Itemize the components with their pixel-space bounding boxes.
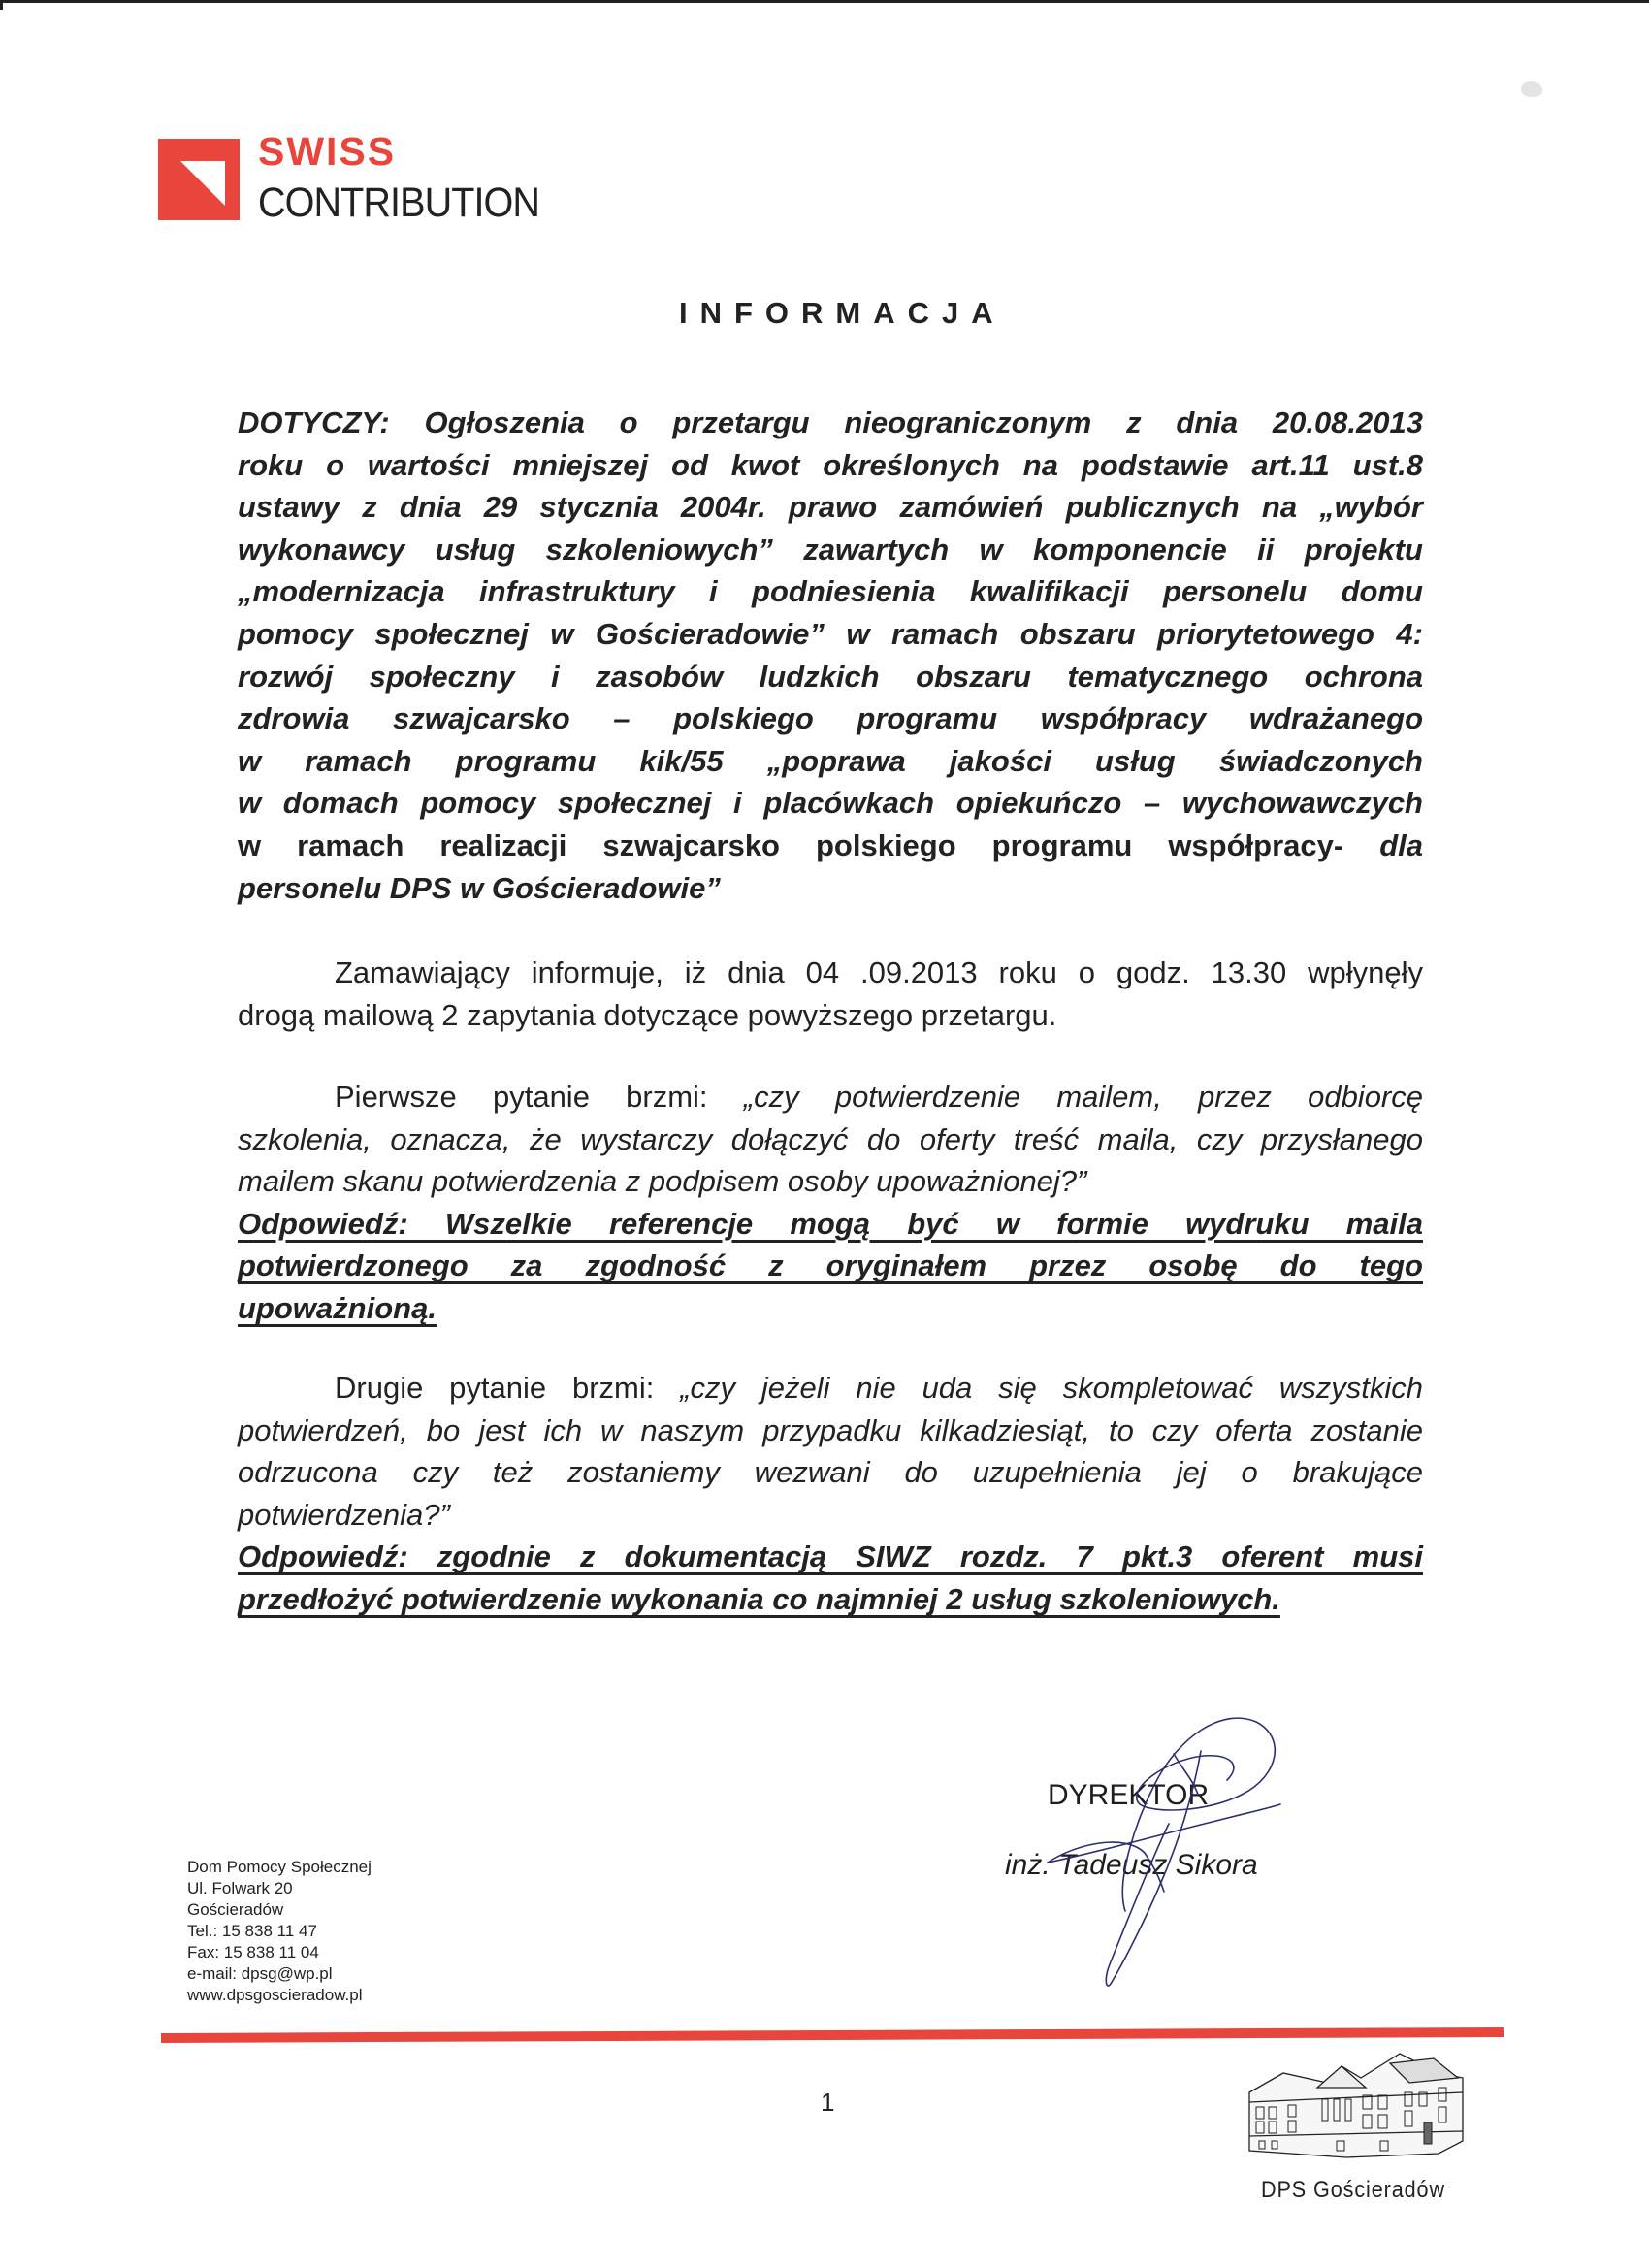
subject-line: wykonawcy usług szkoleniowych” zawartych…	[238, 529, 1423, 571]
footer-divider	[161, 2027, 1503, 2043]
question-quote: „czy potwierdzenie mailem, przez odbiorc…	[744, 1080, 1423, 1114]
info-line: Zamawiający informuje, iż dnia 04 .09.20…	[238, 952, 1423, 994]
subject-paragraph: DOTYCZY: Ogłoszenia o przetargu nieogran…	[238, 402, 1423, 909]
question-line: odrzucona czy też zostaniemy wezwani do …	[238, 1451, 1423, 1494]
address-line: Ul. Folwark 20	[187, 1878, 372, 1899]
address-line: Gościeradów	[187, 1899, 372, 1921]
subject-upright-text: w ramach realizacji szwajcarsko polskieg…	[238, 828, 1343, 862]
subject-line: ustawy z dnia 29 stycznia 2004r. prawo z…	[238, 486, 1423, 529]
answer-line: Odpowiedź: zgodnie z dokumentacją SIWZ r…	[238, 1536, 1423, 1578]
question-line: potwierdzenia?”	[238, 1494, 1423, 1537]
address-line: Dom Pomocy Społecznej	[187, 1857, 372, 1878]
answer-line: potwierdzonego za zgodność z oryginałem …	[238, 1245, 1423, 1287]
question-line: szkolenia, oznacza, że wystarczy dołączy…	[238, 1118, 1423, 1161]
subject-line: „modernizacja infrastruktury i podniesie…	[238, 570, 1423, 613]
question-line: Drugie pytanie brzmi: „czy jeżeli nie ud…	[238, 1367, 1423, 1409]
building-illustration-icon	[1245, 2049, 1472, 2160]
info-line: drogą mailową 2 zapytania dotyczące powy…	[238, 994, 1423, 1037]
logo-text-swiss: SWISS	[258, 130, 396, 173]
question-line: potwierdzeń, bo jest ich w naszym przypa…	[238, 1409, 1423, 1452]
question-1-block: Pierwsze pytanie brzmi: „czy potwierdzen…	[238, 1076, 1423, 1330]
question-intro: Drugie pytanie brzmi:	[335, 1371, 680, 1405]
scan-smudge	[1521, 81, 1542, 97]
question-line: mailem skanu potwierdzenia z podpisem os…	[238, 1160, 1423, 1203]
answer-line: przedłożyć potwierdzenie wykonania co na…	[238, 1578, 1423, 1621]
info-paragraph: Zamawiający informuje, iż dnia 04 .09.20…	[238, 952, 1423, 1036]
subject-line: personelu DPS w Gościeradowie”	[238, 867, 1423, 910]
subject-line: roku o wartości mniejszej od kwot określ…	[238, 444, 1423, 487]
logo-text-contribution: CONTRIBUTION	[258, 180, 539, 225]
document-title: INFORMACJA	[679, 297, 980, 330]
logo-triangle-icon	[158, 139, 240, 220]
subject-line: pomocy społecznej w Gościeradowie” w ram…	[238, 613, 1423, 656]
question-2-block: Drugie pytanie brzmi: „czy jeżeli nie ud…	[238, 1367, 1423, 1621]
address-fax: Fax: 15 838 11 04	[187, 1942, 372, 1963]
subject-line: DOTYCZY: Ogłoszenia o przetargu nieogran…	[238, 402, 1423, 444]
scan-edge	[0, 0, 1649, 3]
question-intro: Pierwsze pytanie brzmi:	[335, 1080, 744, 1114]
subject-line: w domach pomocy społecznej i placówkach …	[238, 782, 1423, 825]
scan-edge-corner	[0, 0, 3, 10]
address-email: e-mail: dpsg@wp.pl	[187, 1963, 372, 1985]
building-caption: DPS Gościeradów	[1261, 2177, 1445, 2204]
answer-line: upoważnioną.	[238, 1287, 1423, 1330]
subject-italic-text: dla	[1379, 828, 1423, 862]
address-phone: Tel.: 15 838 11 47	[187, 1921, 372, 1942]
subject-line: w ramach realizacji szwajcarsko polskieg…	[238, 825, 1423, 867]
question-quote: „czy jeżeli nie uda się skompletować wsz…	[680, 1371, 1423, 1405]
swiss-contribution-logo-icon	[158, 139, 240, 220]
handwritten-signature-icon	[1009, 1688, 1300, 1998]
subject-line: w ramach programu kik/55 „poprawa jakośc…	[238, 740, 1423, 783]
subject-line: zdrowia szwajcarsko – polskiego programu…	[238, 697, 1423, 740]
subject-line: rozwój społeczny i zasobów ludzkich obsz…	[238, 656, 1423, 698]
page-number: 1	[821, 2088, 834, 2117]
sender-address: Dom Pomocy Społecznej Ul. Folwark 20 Goś…	[187, 1857, 372, 2006]
answer-line: Odpowiedź: Wszelkie referencje mogą być …	[238, 1203, 1423, 1246]
address-website: www.dpsgoscieradow.pl	[187, 1985, 372, 2006]
question-line: Pierwsze pytanie brzmi: „czy potwierdzen…	[238, 1076, 1423, 1118]
